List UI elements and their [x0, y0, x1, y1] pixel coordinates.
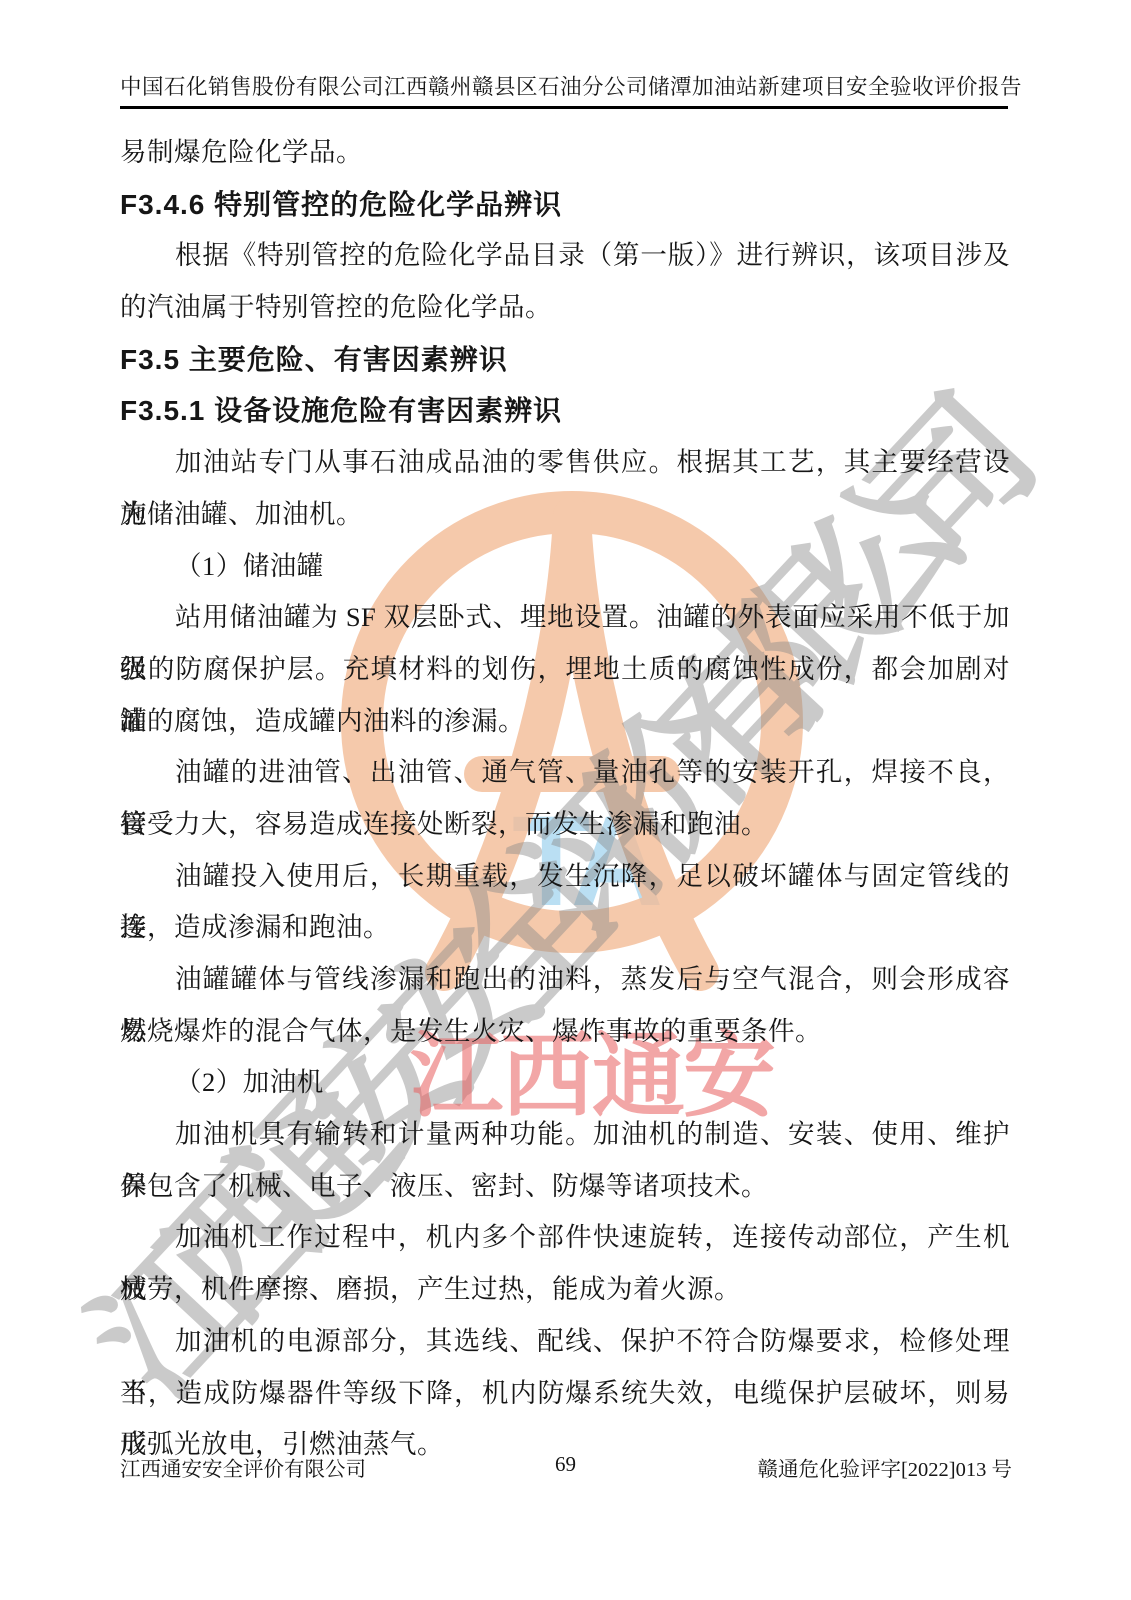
- section-heading: F3.5.1 设备设施危险有害因素辨识: [120, 385, 1010, 437]
- body-lines: 易制爆危险化学品。F3.4.6 特别管控的危险化学品辨识根据《特别管控的危险化学…: [120, 127, 1010, 1471]
- body-line: 接，造成渗漏和跑油。: [120, 902, 1010, 954]
- body-line: （1）储油罐: [120, 541, 1010, 593]
- report-page: TA 江西通安安全评价有限公司 江西通安 中国石化销售股份有限公司江西赣州赣县区…: [0, 0, 1131, 1600]
- body-line: 油罐的进油管、出油管、通气管、量油孔等的安装开孔，焊接不良，接: [120, 747, 1010, 799]
- body-line: 养包含了机械、电子、液压、密封、防爆等诸项技术。: [120, 1161, 1010, 1213]
- body-line: 罐的腐蚀，造成罐内油料的渗漏。: [120, 696, 1010, 748]
- body-line: 的汽油属于特别管控的危险化学品。: [120, 282, 1010, 334]
- section-heading: F3.5 主要危险、有害因素辨识: [120, 334, 1010, 386]
- body-line: 站用储油罐为 SF 双层卧式、埋地设置。油罐的外表面应采用不低于加强: [120, 592, 1010, 644]
- body-line: 根据《特别管控的危险化学品目录（第一版）》进行辨识，该项目涉及: [120, 230, 1010, 282]
- page-header-title: 中国石化销售股份有限公司江西赣州赣县区石油分公司储潭加油站新建项目安全验收评价报…: [120, 70, 1010, 101]
- body-line: 加油机具有输转和计量两种功能。加油机的制造、安装、使用、维护保: [120, 1109, 1010, 1161]
- body-line: 易制爆危险化学品。: [120, 127, 1010, 179]
- body-line: 管受力大，容易造成连接处断裂，而发生渗漏和跑油。: [120, 799, 1010, 851]
- body-line: 加油机工作过程中，机内多个部件快速旋转，连接传动部位，产生机械: [120, 1212, 1010, 1264]
- body-line: 级的防腐保护层。充填材料的划伤，埋地土质的腐蚀性成份，都会加剧对油: [120, 644, 1010, 696]
- section-heading: F3.4.6 特别管控的危险化学品辨识: [120, 179, 1010, 231]
- body-line: （2）加油机: [120, 1057, 1010, 1109]
- body-line: 油罐罐体与管线渗漏和跑出的油料，蒸发后与空气混合，则会形成容易: [120, 954, 1010, 1006]
- body-line: 当，造成防爆器件等级下降，机内防爆系统失效，电缆保护层破坏，则易形: [120, 1368, 1010, 1420]
- body-line: 疲劳，机件摩擦、磨损，产生过热，能成为着火源。: [120, 1264, 1010, 1316]
- body-line: 加油站专门从事石油成品油的零售供应。根据其工艺，其主要经营设施: [120, 437, 1010, 489]
- body-line: 燃烧爆炸的混合气体，是发生火灾、爆炸事故的重要条件。: [120, 1006, 1010, 1058]
- footer-doc-number: 赣通危化验评字[2022]013 号: [757, 1452, 1012, 1482]
- body-line: 加油机的电源部分，其选线、配线、保护不符合防爆要求，检修处理不: [120, 1316, 1010, 1368]
- body-line: 油罐投入使用后，长期重载，发生沉降，足以破坏罐体与固定管线的连: [120, 851, 1010, 903]
- body-line: 为储油罐、加油机。: [120, 489, 1010, 541]
- header-rule: [120, 106, 1008, 109]
